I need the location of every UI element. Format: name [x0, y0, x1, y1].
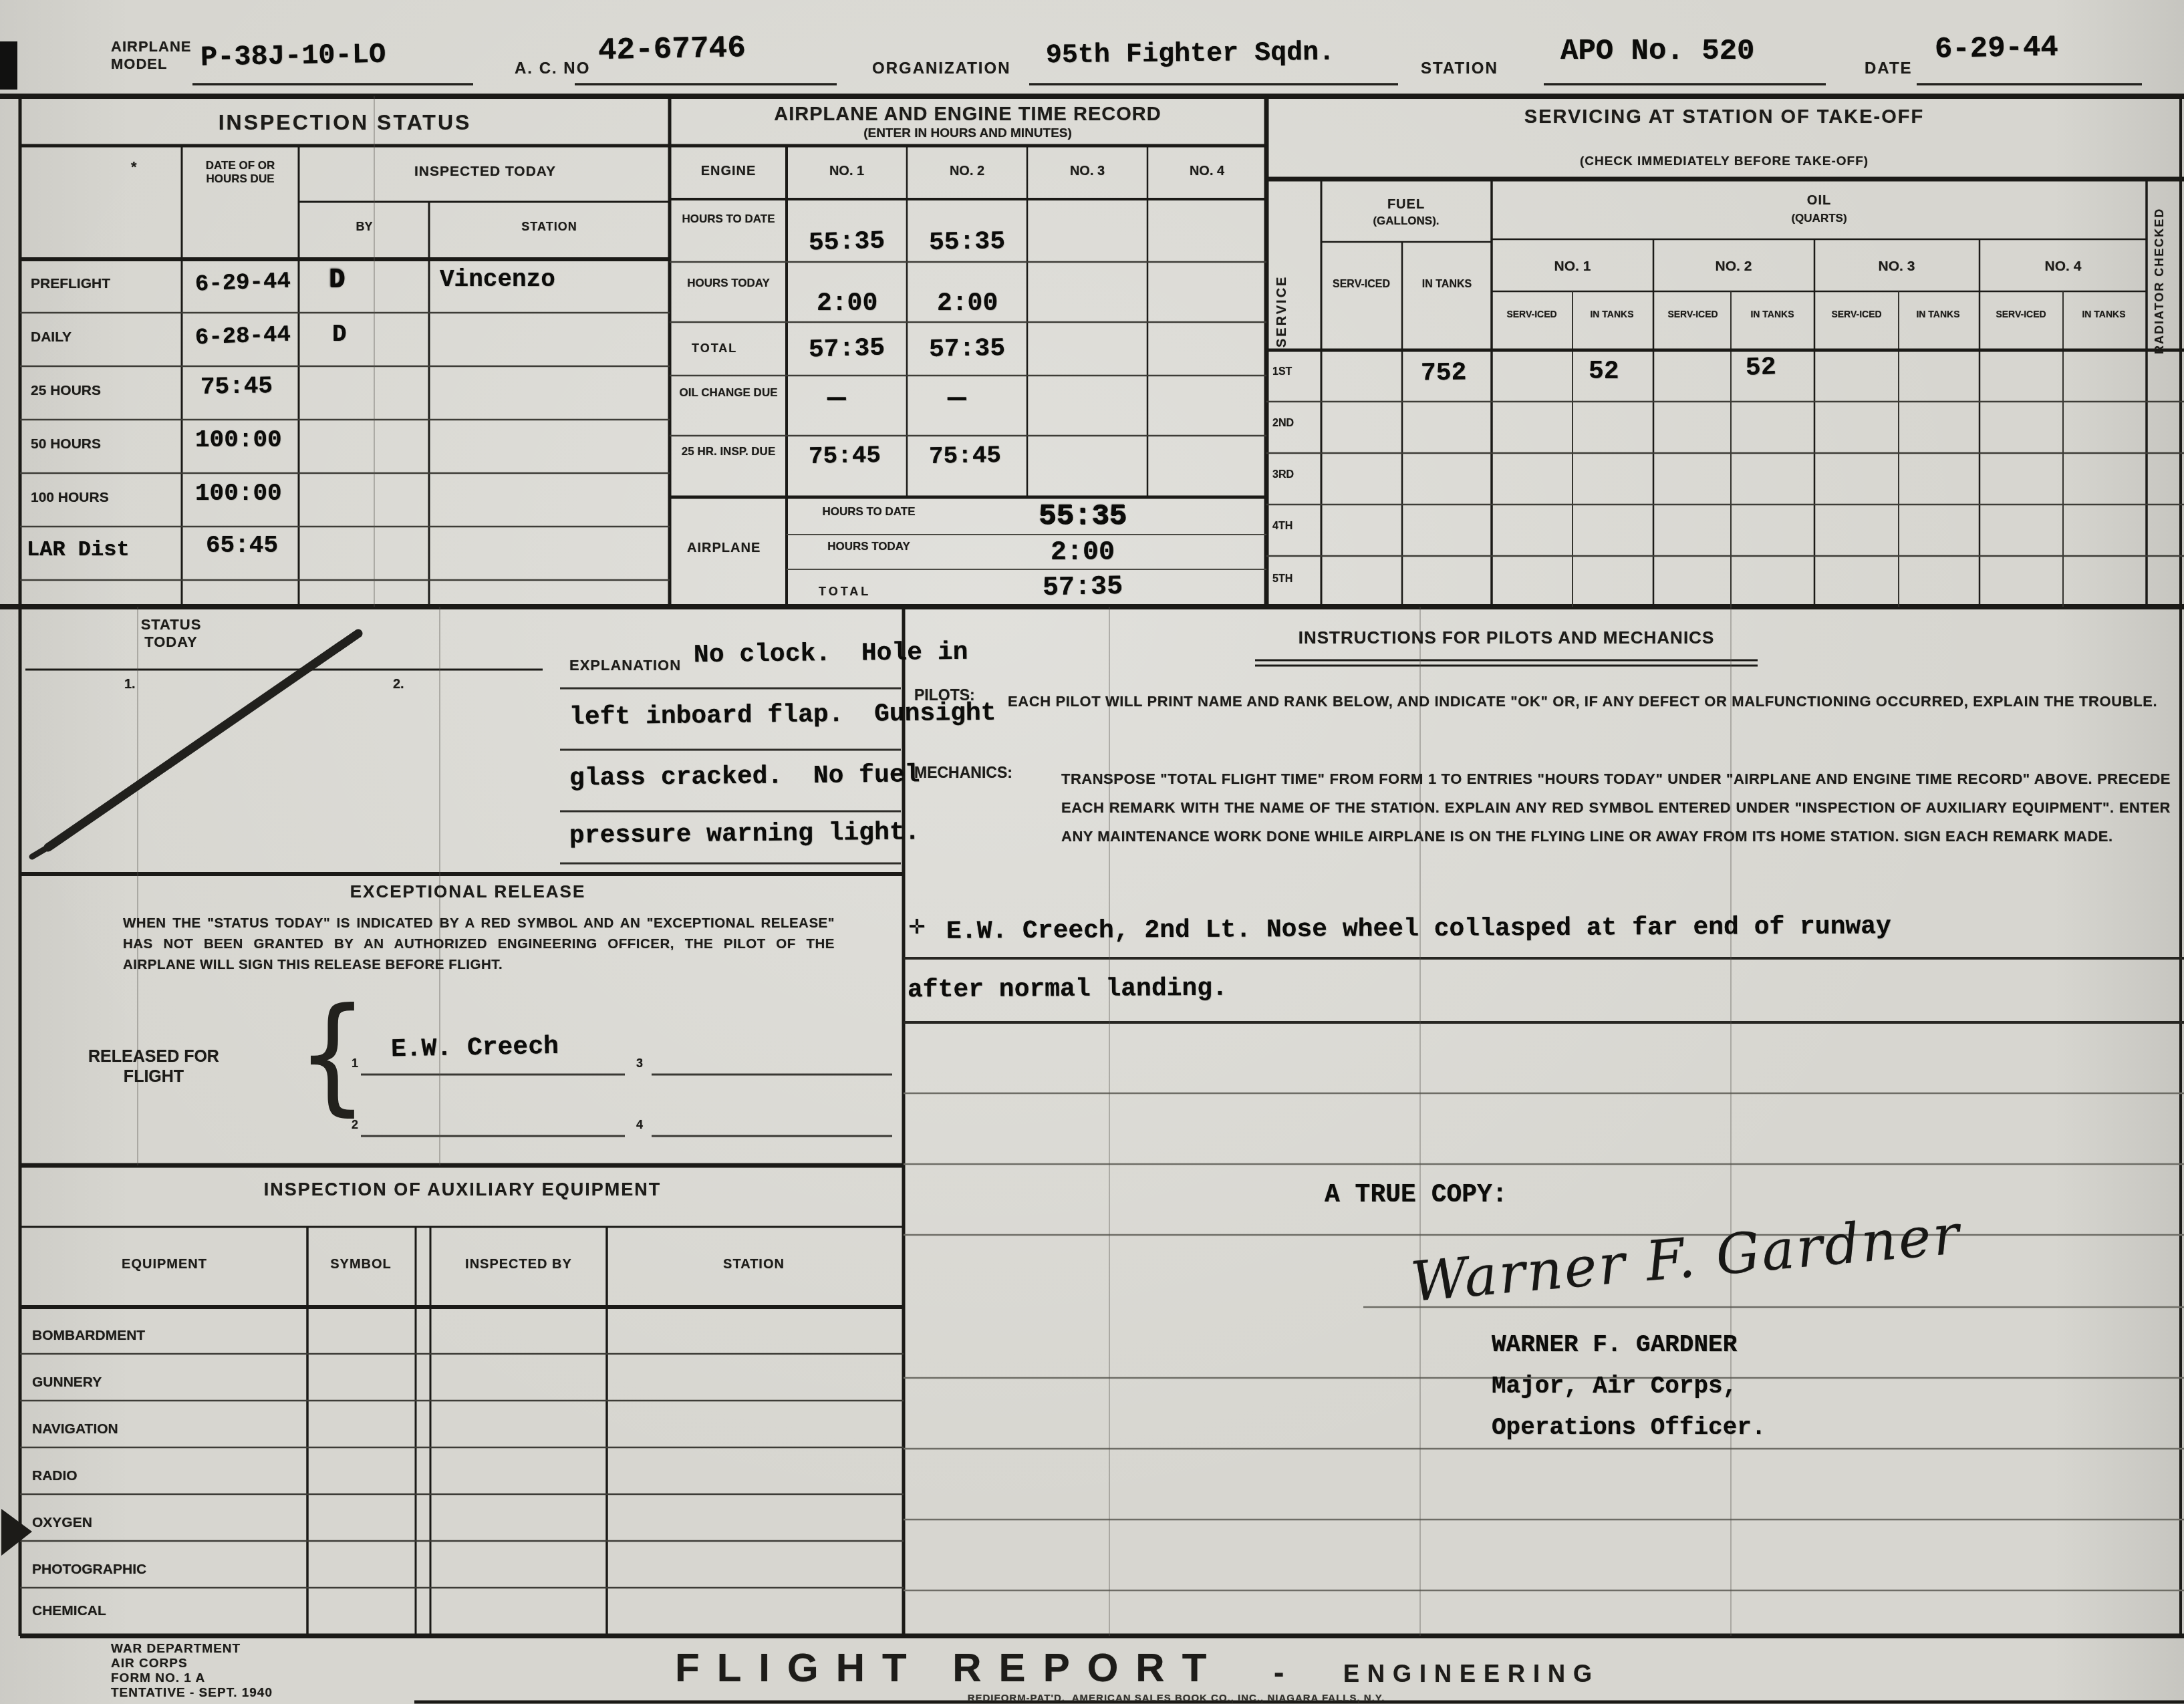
aux-row-navigation: NAVIGATION [32, 1422, 118, 1437]
due-column-header: DATE OF OR HOURS DUE [188, 159, 292, 186]
eng2-hours-today: 2:00 [937, 290, 998, 317]
row-label-25-hours: 25 HOURS [31, 384, 101, 399]
explanation-label: EXPLANATION [569, 658, 681, 674]
release-signature-1: E.W. Creech [391, 1033, 559, 1063]
instructions-title: INSTRUCTIONS FOR PILOTS AND MECHANICS [1299, 628, 1714, 647]
flight-report-form: AIRPLANE MODEL P-38J-10-LO A. C. NO 42-6… [0, 0, 2184, 1704]
row-oil-change-due: OIL CHANGE DUE [678, 386, 779, 400]
aux-row-bombardment: BOMBARDMENT [32, 1328, 145, 1344]
eng1-total: 57:35 [808, 335, 885, 364]
footer-dept-3: FORM NO. 1 A [111, 1672, 205, 1686]
aux-equipment-title: INSPECTION OF AUXILIARY EQUIPMENT [264, 1180, 662, 1199]
airplane-hours-to-date-label: HOURS TO DATE [819, 505, 919, 519]
oil-unit-label: (QUARTS) [1791, 212, 1847, 225]
service-row-2nd: 2ND [1272, 418, 1294, 429]
oil3-in-tanks-header: IN TANKS [1915, 309, 1961, 319]
fuel-unit-label: (GALLONS). [1373, 215, 1439, 227]
oil-label: OIL [1807, 194, 1831, 208]
airplane-total-label: TOTAL [819, 585, 871, 598]
inspection-status-title: INSPECTION STATUS [219, 111, 472, 134]
engine-col-no2: NO. 2 [950, 164, 984, 179]
eng2-hours-to-date: 55:35 [929, 228, 1006, 257]
daily-due: 6-28-44 [194, 323, 291, 351]
exceptional-release-title: EXCEPTIONAL RELEASE [350, 882, 585, 901]
explanation-line-1: No clock. Hole in [694, 639, 968, 669]
signed-name: WARNER F. GARDNER [1492, 1332, 1737, 1359]
release-line-num-4: 4 [636, 1119, 643, 1131]
airplane-hours-today-label: HOURS TODAY [819, 540, 919, 553]
servicing-title: SERVICING AT STATION OF TAKE-OFF [1524, 107, 1924, 128]
engine-record-subtitle: (ENTER IN HOURS AND MINUTES) [863, 127, 1072, 141]
lar-dist-due: 65:45 [206, 533, 278, 559]
row-label-daily: DAILY [31, 330, 72, 345]
service-column-label: SERVICE [1275, 200, 1290, 347]
aux-row-chemical: CHEMICAL [32, 1604, 106, 1619]
daily-by: D [332, 322, 347, 348]
explanation-line-4: pressure warning light. [569, 819, 920, 850]
engine-column-label: ENGINE [701, 164, 757, 179]
row-hours-today: HOURS TODAY [678, 277, 779, 290]
remark-line-1: E.W. Creech, 2nd Lt. Nose wheel collaspe… [946, 913, 1891, 945]
oil4-in-tanks-header: IN TANKS [2080, 309, 2127, 319]
row-label-lar-dist: LAR Dist [27, 539, 130, 562]
margin-arrow-mark [0, 1504, 53, 1584]
form-title: FLIGHT REPORT [675, 1647, 1224, 1690]
explanation-line-3: glass cracked. No fuel [569, 761, 920, 793]
release-line-num-1: 1 [352, 1057, 358, 1070]
100-hours-due: 100:00 [195, 481, 282, 507]
star-column-header: * [131, 159, 137, 175]
aux-row-radio: RADIO [32, 1469, 78, 1484]
row-total: TOTAL [692, 342, 737, 355]
servicing-subtitle: (CHECK IMMEDIATELY BEFORE TAKE-OFF) [1580, 155, 1869, 169]
50-hours-due: 100:00 [195, 428, 282, 454]
pilots-instructions: EACH PILOT WILL PRINT NAME AND RANK BELO… [1008, 687, 2171, 716]
airplane-total: 57:35 [1043, 573, 1123, 603]
oil4-serviced-header: SERV-ICED [1994, 309, 2048, 319]
radiator-checked-label: RADIATOR CHECKED [2151, 187, 2168, 374]
remark-line-2: after normal landing. [908, 975, 1228, 1004]
row-hours-to-date: HOURS TO DATE [678, 212, 779, 226]
mechanics-label: MECHANICS: [914, 764, 1012, 781]
oil-no2-1st: 52 [1745, 353, 1776, 382]
release-line-num-2: 2 [352, 1119, 358, 1131]
engine-col-no4: NO. 4 [1190, 164, 1224, 179]
aux-col-inspected-by: INSPECTED BY [465, 1258, 572, 1272]
fuel-in-tanks-1st: 752 [1421, 359, 1467, 387]
inspected-today-header: INSPECTED TODAY [414, 164, 556, 180]
aux-col-station: STATION [723, 1258, 785, 1272]
release-brace: { [297, 987, 368, 1123]
station-column-header: STATION [521, 221, 577, 233]
eng2-25hr-due: 75:45 [929, 443, 1002, 470]
aux-row-gunnery: GUNNERY [32, 1375, 102, 1391]
oil-col-no1: NO. 1 [1554, 259, 1591, 275]
oil3-serviced-header: SERV-ICED [1830, 309, 1883, 319]
oil2-serviced-header: SERV-ICED [1666, 309, 1720, 319]
preflight-station: Vincenzo [440, 267, 555, 293]
service-row-1st: 1ST [1272, 366, 1292, 378]
explanation-line-2: left inboard flap. Gunsight [569, 700, 996, 732]
footer-dept-2: AIR CORPS [111, 1657, 188, 1671]
engine-col-no1: NO. 1 [829, 164, 864, 179]
signed-rank: Major, Air Corps, [1492, 1374, 1737, 1400]
header-underlines [0, 0, 2184, 94]
mechanics-instructions: TRANSPOSE "TOTAL FLIGHT TIME" FROM FORM … [1061, 764, 2171, 851]
oil-no1-1st: 52 [1589, 358, 1619, 386]
eng2-oil-change: — [948, 382, 966, 416]
oil-col-no4: NO. 4 [2045, 259, 2082, 275]
airplane-hours-to-date: 55:35 [1039, 501, 1127, 533]
row-label-50-hours: 50 HOURS [31, 437, 101, 452]
service-row-3rd: 3RD [1272, 469, 1294, 480]
oil-col-no2: NO. 2 [1716, 259, 1752, 275]
release-line-num-3: 3 [636, 1057, 643, 1070]
fuel-label: FUEL [1387, 198, 1425, 212]
oil2-in-tanks-header: IN TANKS [1749, 309, 1796, 319]
service-row-5th: 5TH [1272, 573, 1292, 585]
row-label-100-hours: 100 HOURS [31, 490, 109, 506]
red-symbol-mark: ✛ [909, 913, 925, 942]
form-subtitle: ENGINEERING [1343, 1661, 1600, 1687]
eng2-total: 57:35 [929, 335, 1006, 364]
airplane-hours-today: 2:00 [1051, 539, 1115, 567]
fuel-in-tanks-header: IN TANKS [1417, 278, 1477, 291]
oil1-serviced-header: SERV-ICED [1505, 309, 1558, 319]
preflight-by: D [329, 266, 345, 295]
footer-dept-4: TENTATIVE - SEPT. 1940 [111, 1687, 273, 1701]
by-column-header: BY [356, 221, 372, 233]
airplane-block-label: AIRPLANE [687, 541, 761, 556]
form-title-dash: - [1274, 1656, 1284, 1689]
eng1-hours-today: 2:00 [817, 290, 877, 317]
row-label-preflight: PREFLIGHT [31, 277, 110, 292]
printer-imprint: REDIFORM-PAT'D. AMERICAN SALES BOOK CO.,… [968, 1693, 1385, 1704]
engine-record-title: AIRPLANE AND ENGINE TIME RECORD [774, 104, 1161, 125]
aux-col-equipment: EQUIPMENT [122, 1258, 207, 1272]
fuel-serviced-header: SERV-ICED [1328, 278, 1395, 291]
row-25hr-insp-due: 25 HR. INSP. DUE [678, 445, 779, 458]
oil1-in-tanks-header: IN TANKS [1589, 309, 1635, 319]
25-hours-due: 75:45 [200, 374, 273, 401]
footer-dept-1: WAR DEPARTMENT [111, 1643, 241, 1657]
signed-title: Operations Officer. [1492, 1415, 1766, 1441]
eng1-oil-change: — [827, 382, 846, 416]
eng1-hours-to-date: 55:35 [808, 228, 885, 257]
service-row-4th: 4TH [1272, 521, 1292, 532]
pilots-label: PILOTS: [914, 687, 975, 704]
engine-col-no3: NO. 3 [1070, 164, 1105, 179]
released-for-flight-label: RELEASED FOR FLIGHT [60, 1046, 247, 1087]
true-copy-label: A TRUE COPY: [1325, 1181, 1508, 1209]
preflight-due: 6-29-44 [194, 270, 291, 298]
eng1-25hr-due: 75:45 [809, 443, 881, 470]
oil-col-no3: NO. 3 [1879, 259, 1915, 275]
aux-col-symbol: SYMBOL [330, 1258, 392, 1272]
exceptional-release-body: WHEN THE "STATUS TODAY" IS INDICATED BY … [123, 913, 835, 975]
